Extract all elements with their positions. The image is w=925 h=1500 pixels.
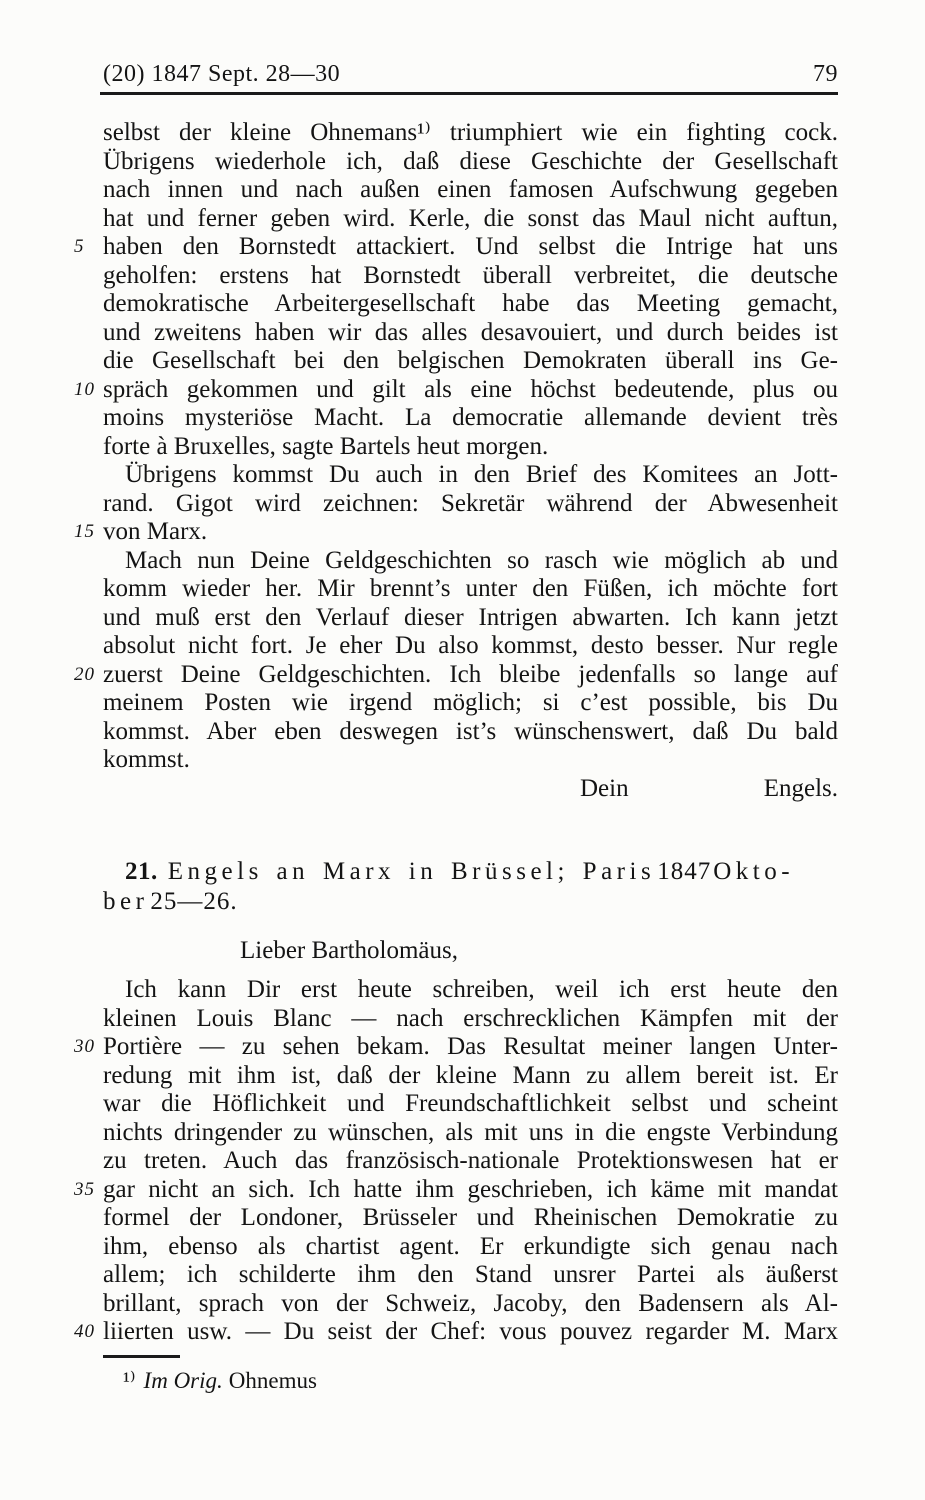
line-text: und muß erst den Verlauf dieser Intrigen… <box>103 604 838 631</box>
text-line: moins mysteriöse Macht. La democratie al… <box>103 404 838 433</box>
text-line: 30Portière — zu sehen bekam. Das Resulta… <box>103 1033 838 1062</box>
letter-21-body: Ich kann Dir erst heute schreiben, weil … <box>103 976 838 1347</box>
line-text: kleinen Louis Blanc — nach erschrecklich… <box>103 1005 838 1032</box>
line-text: Mach nun Deine Geldgeschichten so rasch … <box>125 547 838 574</box>
heading-spaced-month-cont: ber <box>103 888 148 915</box>
text-line: meinem Posten wie irgend möglich; si c’e… <box>103 689 838 718</box>
text-line: kommst. <box>103 746 838 775</box>
letter-20-body: selbst der kleine Ohnemans¹⁾ triumphiert… <box>103 119 838 803</box>
line-text: allem; ich schilderte ihm den Stand unsr… <box>103 1261 838 1288</box>
text-line: war die Höflichkeit und Freundschaftlich… <box>103 1090 838 1119</box>
text-line: forte à Bruxelles, sagte Bartels heut mo… <box>103 433 838 462</box>
text-line: allem; ich schilderte ihm den Stand unsr… <box>103 1261 838 1290</box>
margin-line-number: 30 <box>74 1037 100 1056</box>
line-text: redung mit ihm ist, daß der kleine Mann … <box>103 1062 838 1089</box>
text-line: rand. Gigot wird zeichnen: Sekretär währ… <box>103 490 838 519</box>
signature-engels: Engels. <box>764 775 838 804</box>
footnote-marker: ¹⁾ <box>123 1368 136 1393</box>
text-line: brillant, sprach von der Schweiz, Jacoby… <box>103 1290 838 1319</box>
line-text: und zweitens haben wir das alles desavou… <box>103 319 838 346</box>
margin-line-number: 5 <box>74 237 100 256</box>
text-line: die Gesellschaft bei den belgischen Demo… <box>103 347 838 376</box>
line-text: geholfen: erstens hat Bornstedt überall … <box>103 262 838 289</box>
text-line: Mach nun Deine Geldgeschichten so rasch … <box>103 547 838 576</box>
text-line: Übrigens wiederhole ich, daß diese Gesch… <box>103 148 838 177</box>
text-line: kleinen Louis Blanc — nach erschrecklich… <box>103 1005 838 1034</box>
text-line: Ich kann Dir erst heute schreiben, weil … <box>103 976 838 1005</box>
text-line: demokratische Arbeitergesellschaft habe … <box>103 290 838 319</box>
salutation: Lieber Bartholomäus, <box>240 937 458 965</box>
signature-dein: Dein <box>580 775 629 804</box>
line-text: liierten usw. — Du seist der Chef: vous … <box>103 1318 838 1345</box>
signature-line: Dein Engels. <box>103 775 838 804</box>
text-line: und muß erst den Verlauf dieser Intrigen… <box>103 604 838 633</box>
line-text: ihm, ebenso als chartist agent. Er erkun… <box>103 1233 838 1260</box>
line-text: absolut nicht fort. Je eher Du also komm… <box>103 632 838 659</box>
text-line: 10spräch gekommen und gilt als eine höch… <box>103 376 838 405</box>
line-text: demokratische Arbeitergesellschaft habe … <box>103 290 838 317</box>
line-text: die Gesellschaft bei den belgischen Demo… <box>103 347 838 374</box>
text-line: 5haben den Bornstedt attackiert. Und sel… <box>103 233 838 262</box>
line-text: formel der Londoner, Brüsseler und Rhein… <box>103 1204 838 1231</box>
line-text: zu treten. Auch das französisch-national… <box>103 1147 838 1174</box>
line-text: meinem Posten wie irgend möglich; si c’e… <box>103 689 838 716</box>
line-text: haben den Bornstedt attackiert. Und selb… <box>103 233 838 260</box>
heading-line-1: 21.Engels an Marx in Brüssel; Paris1847O… <box>103 857 838 887</box>
line-text: Übrigens kommst Du auch in den Brief des… <box>125 461 838 488</box>
line-text: zuerst Deine Geldgeschichten. Ich bleibe… <box>103 661 838 688</box>
footnote: ¹⁾Im Orig.Ohnemus <box>103 1368 838 1394</box>
line-text: brillant, sprach von der Schweiz, Jacoby… <box>103 1290 838 1317</box>
line-text: kommst. <box>103 746 190 773</box>
heading-year: 1847 <box>657 858 711 885</box>
heading-number: 21. <box>125 858 158 885</box>
text-line: und zweitens haben wir das alles desavou… <box>103 319 838 348</box>
heading-dates: 25—26. <box>150 888 237 915</box>
line-text: rand. Gigot wird zeichnen: Sekretär währ… <box>103 490 838 517</box>
text-line: kommst. Aber eben deswegen ist’s wünsche… <box>103 718 838 747</box>
line-text: Übrigens wiederhole ich, daß diese Gesch… <box>103 148 838 175</box>
footnote-separator <box>103 1355 180 1358</box>
text-line: nichts dringender zu wünschen, als mit u… <box>103 1119 838 1148</box>
line-text: kommst. Aber eben deswegen ist’s wünsche… <box>103 718 838 745</box>
margin-line-number: 20 <box>74 665 100 684</box>
letter-21-heading: 21.Engels an Marx in Brüssel; Paris1847O… <box>103 857 838 917</box>
text-line: selbst der kleine Ohnemans¹⁾ triumphiert… <box>103 119 838 148</box>
text-line: 35gar nicht an sich. Ich hatte ihm gesch… <box>103 1176 838 1205</box>
heading-spaced-month: Okto- <box>713 858 794 885</box>
margin-line-number: 10 <box>74 380 100 399</box>
line-text: komm wieder her. Mir brennt’s unter den … <box>103 575 838 602</box>
text-line: 20zuerst Deine Geldgeschichten. Ich blei… <box>103 661 838 690</box>
line-text: selbst der kleine Ohnemans¹⁾ triumphiert… <box>103 119 838 146</box>
paragraph: Übrigens kommst Du auch in den Brief des… <box>103 461 838 547</box>
line-text: Ich kann Dir erst heute schreiben, weil … <box>125 976 838 1003</box>
header-date-range: (20) 1847 Sept. 28—30 <box>103 61 340 87</box>
line-text: war die Höflichkeit und Freundschaftlich… <box>103 1090 838 1117</box>
text-line: redung mit ihm ist, daß der kleine Mann … <box>103 1062 838 1091</box>
text-line: Übrigens kommst Du auch in den Brief des… <box>103 461 838 490</box>
header-rule <box>100 92 838 95</box>
line-text: von Marx. <box>103 518 207 545</box>
line-text: nichts dringender zu wünschen, als mit u… <box>103 1119 838 1146</box>
line-text: Portière — zu sehen bekam. Das Resultat … <box>103 1033 838 1060</box>
running-header: (20) 1847 Sept. 28—30 79 <box>103 61 838 87</box>
text-line: zu treten. Auch das französisch-national… <box>103 1147 838 1176</box>
text-line: 40liierten usw. — Du seist der Chef: vou… <box>103 1318 838 1347</box>
line-text: gar nicht an sich. Ich hatte ihm geschri… <box>103 1176 838 1203</box>
text-line: formel der Londoner, Brüsseler und Rhein… <box>103 1204 838 1233</box>
paragraph: selbst der kleine Ohnemans¹⁾ triumphiert… <box>103 119 838 461</box>
text-line: nach innen und nach außen einen famosen … <box>103 176 838 205</box>
line-text: nach innen und nach außen einen famosen … <box>103 176 838 203</box>
heading-spaced-title: Engels an Marx in Brüssel; Paris <box>168 858 655 885</box>
paragraph: Ich kann Dir erst heute schreiben, weil … <box>103 976 838 1347</box>
paragraph: Mach nun Deine Geldgeschichten so rasch … <box>103 547 838 775</box>
line-text: moins mysteriöse Macht. La democratie al… <box>103 404 838 431</box>
header-page-number: 79 <box>813 61 838 87</box>
footnote-source: Im Orig. <box>144 1368 223 1393</box>
margin-line-number: 40 <box>74 1322 100 1341</box>
heading-line-2: ber25—26. <box>103 887 838 917</box>
text-line: komm wieder her. Mir brennt’s unter den … <box>103 575 838 604</box>
text-line: absolut nicht fort. Je eher Du also komm… <box>103 632 838 661</box>
margin-line-number: 15 <box>74 522 100 541</box>
line-text: forte à Bruxelles, sagte Bartels heut mo… <box>103 433 548 460</box>
footnote-text: Ohnemus <box>229 1368 317 1393</box>
margin-line-number: 35 <box>74 1180 100 1199</box>
scanned-book-page: (20) 1847 Sept. 28—30 79 selbst der klei… <box>0 0 925 1500</box>
text-line: ihm, ebenso als chartist agent. Er erkun… <box>103 1233 838 1262</box>
text-line: hat und ferner geben wird. Kerle, die so… <box>103 205 838 234</box>
line-text: spräch gekommen und gilt als eine höchst… <box>103 376 838 403</box>
text-line: geholfen: erstens hat Bornstedt überall … <box>103 262 838 291</box>
text-line: 15von Marx. <box>103 518 838 547</box>
line-text: hat und ferner geben wird. Kerle, die so… <box>103 205 838 232</box>
